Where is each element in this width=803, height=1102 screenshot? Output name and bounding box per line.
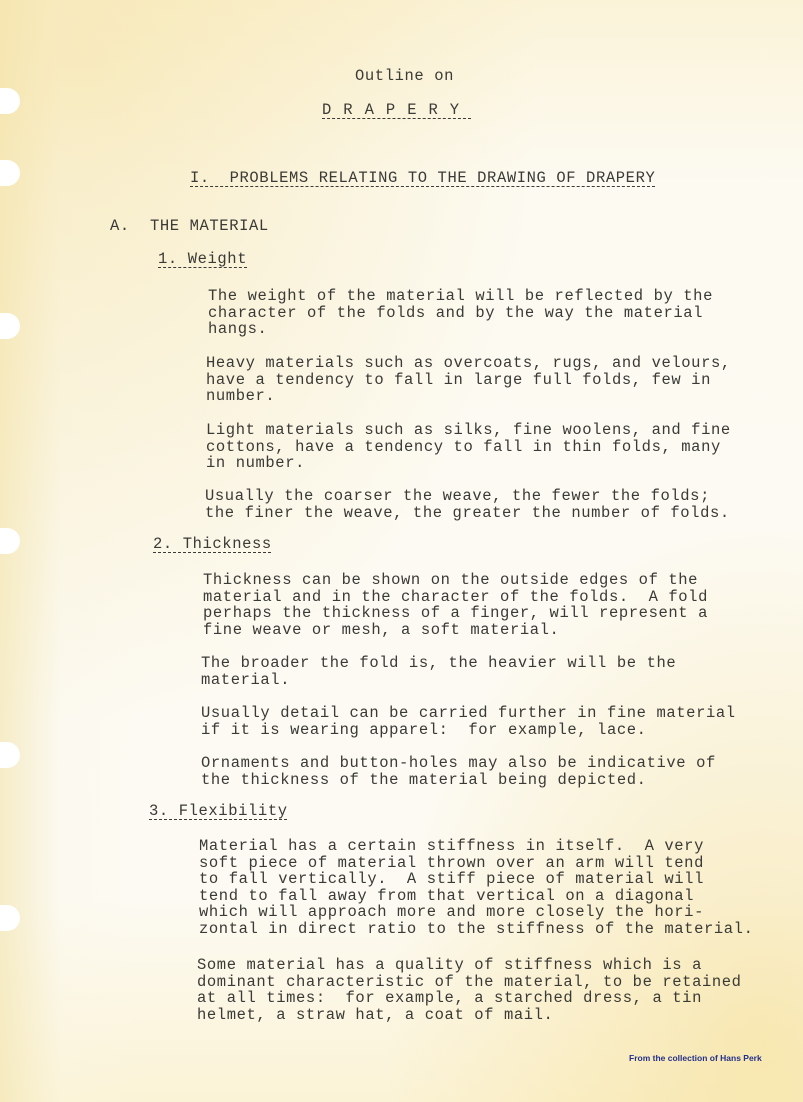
- document-title: DRAPERY: [322, 102, 471, 118]
- item-heading-weight: 1. Weight: [158, 251, 247, 267]
- paragraph: Heavy materials such as overcoats, rugs,…: [206, 355, 731, 405]
- subsection-marker: A.: [110, 218, 130, 234]
- paragraph: Thickness can be shown on the outside ed…: [203, 572, 708, 638]
- item-heading-flexibility: 3. Flexibility: [149, 803, 288, 819]
- binder-hole: [0, 313, 20, 339]
- document-pretitle: Outline on: [355, 68, 454, 84]
- binder-hole: [0, 742, 20, 768]
- section-heading: I. PROBLEMS RELATING TO THE DRAWING OF D…: [190, 170, 655, 186]
- binder-hole: [0, 905, 20, 931]
- binder-hole: [0, 528, 20, 554]
- document-page: Outline on DRAPERY I. PROBLEMS RELATING …: [0, 0, 803, 1102]
- paragraph: Material has a certain stiffness in itse…: [199, 838, 753, 937]
- binder-hole: [0, 88, 20, 114]
- binder-hole: [0, 160, 20, 186]
- paragraph: Light materials such as silks, fine wool…: [206, 422, 731, 472]
- subsection-label: THE MATERIAL: [150, 218, 269, 234]
- paragraph: Usually detail can be carried further in…: [201, 705, 736, 738]
- collection-credit: From the collection of Hans Perk: [629, 1053, 762, 1063]
- paragraph: Some material has a quality of stiffness…: [197, 957, 742, 1023]
- paragraph: The broader the fold is, the heavier wil…: [201, 655, 676, 688]
- paragraph: Ornaments and button-holes may also be i…: [201, 755, 716, 788]
- paragraph: The weight of the material will be refle…: [208, 288, 713, 338]
- item-heading-thickness: 2. Thickness: [153, 536, 272, 552]
- paragraph: Usually the coarser the weave, the fewer…: [205, 488, 730, 521]
